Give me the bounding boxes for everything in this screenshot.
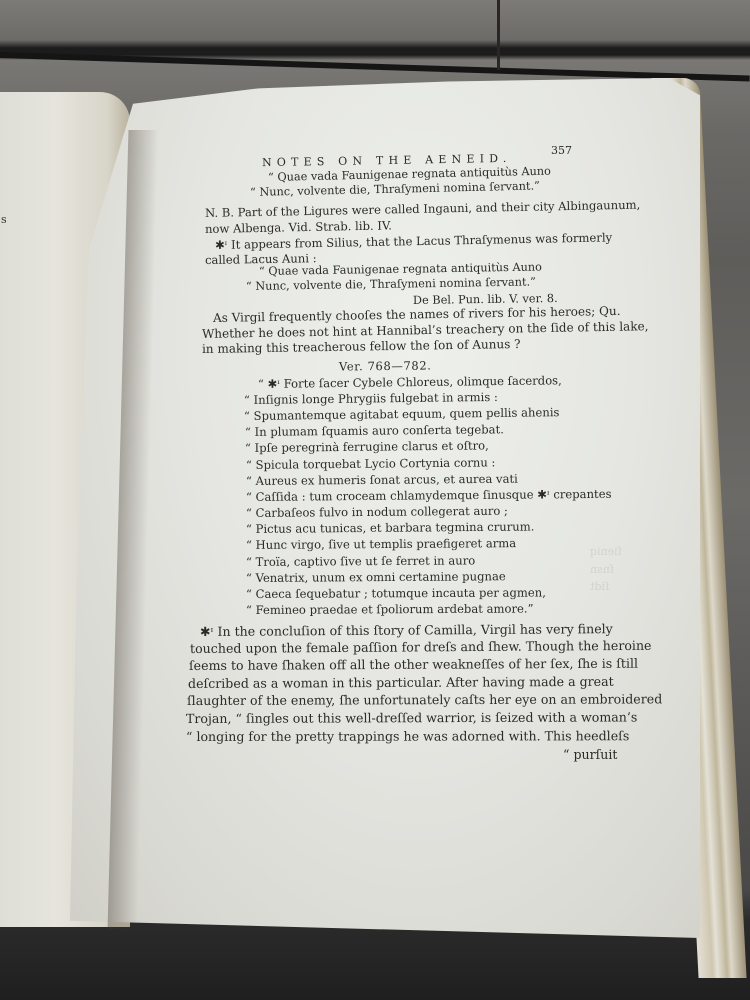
bleed-through-text: ſnsn bbox=[590, 563, 614, 576]
paragraph-line: ſlaughter of the enemy, ſhe unfortunatel… bbox=[187, 691, 662, 708]
verse-line: “ Ipſe peregrinà ferrugine clarus et oſt… bbox=[245, 438, 489, 455]
bleed-through-text: ſieniq bbox=[590, 545, 622, 558]
verse-line: “ Troïa, captivo ſive ut ſe ferret in au… bbox=[246, 553, 475, 569]
verse-line: “ Spicula torquebat Lycio Cortynia cornu… bbox=[246, 455, 496, 472]
catchword: “ purſuit bbox=[563, 747, 618, 762]
verse-line: “ Carbaſeos fulvo in nodum collegerat au… bbox=[246, 504, 508, 520]
verse-line: “ Aureus ex humeris ſonat arcus, et aure… bbox=[246, 472, 518, 488]
left-page-text-fragment: s bbox=[1, 213, 7, 226]
paragraph-line: ſeems to have ſhaken off all the other w… bbox=[189, 656, 638, 673]
verse-line: “ Caeca ſequebatur ; totumque incauta pe… bbox=[246, 585, 546, 601]
verse-line: “ Venatrix, unum ex omni certamine pugna… bbox=[246, 569, 506, 585]
paragraph-line: Trojan, “ ſingles out this well-dreſſed … bbox=[186, 709, 637, 726]
verse-line: “ Pictus acu tunicas, et barbara tegmina… bbox=[246, 519, 535, 536]
page-number: 357 bbox=[551, 144, 572, 157]
paragraph-line: ✱ᶦ In the concluſion of this ſtory of Ca… bbox=[200, 621, 613, 639]
verse-line: “ In plumam ſquamis auro conſerta tegeba… bbox=[245, 422, 504, 439]
bleed-through-text: ſidt bbox=[590, 580, 609, 593]
table-plank-seam bbox=[497, 0, 500, 70]
paragraph-line: “ longing for the pretty trappings he wa… bbox=[186, 728, 629, 744]
verse-line: “ Femineo praedae et ſpoliorum ardebat a… bbox=[246, 601, 534, 617]
verse-line: “ Hunc virgo, ſive ut templis praefigere… bbox=[246, 536, 516, 552]
paragraph-line: deſcribed as a woman in this particular.… bbox=[188, 674, 614, 691]
verse-range-heading: Ver. 768—782. bbox=[339, 359, 432, 374]
